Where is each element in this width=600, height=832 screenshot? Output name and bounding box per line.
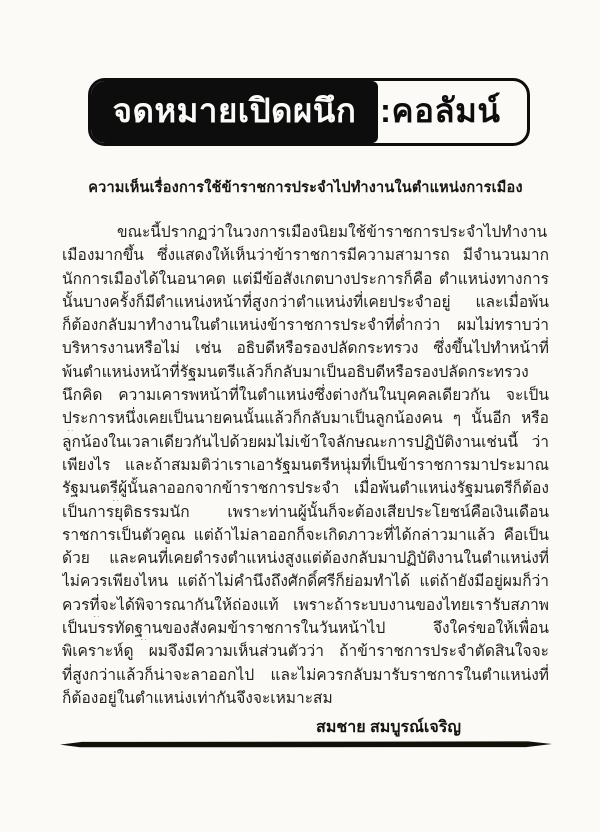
- body-line: นักการเมืองได้ในอนาคต แต่มีข้อสังเกตบางป…: [62, 268, 549, 291]
- author-signature: สมชาย สมบูรณ์เจริญ: [62, 715, 549, 740]
- article-body: ขณะนี้ปรากฏว่าในวงการเมืองนิยมใช้ข้าราชก…: [62, 221, 549, 710]
- body-line: ขณะนี้ปรากฏว่าในวงการเมืองนิยมใช้ข้าราชก…: [62, 221, 549, 244]
- body-line: ด้วย และคนที่เคยดำรงตำแหน่งสูงแต่ต้องกลั…: [62, 547, 549, 570]
- body-line: เพียงไร และถ้าสมมติว่าเราเอารัฐมนตรีหนุ่…: [62, 454, 549, 477]
- body-line: พิเคราะห์ดู ผมจึงมีความเห็นส่วนตัวว่า ถ้…: [62, 640, 549, 663]
- body-line: นั้นบางครั้งก็มีตำแหน่งหน้าที่สูงกว่าตำแ…: [62, 291, 549, 314]
- divider-rule: [60, 741, 552, 748]
- body-line: ก็ต้องอยู่ในตำแหน่งเท่ากันจึงจะเหมาะสม: [62, 687, 549, 710]
- masthead-right-text: :คอลัมน์: [380, 94, 500, 127]
- body-line: ควรที่จะได้พิจารณากันให้ถ่องแท้ เพราะถ้า…: [62, 594, 549, 617]
- body-line: ลูกน้องในเวลาเดียวกันไปด้วยผมไม่เข้าใจลั…: [62, 431, 549, 454]
- masthead-banner: จดหมายเปิดผนึก :คอลัมน์: [88, 78, 530, 146]
- body-line: ราชการเป็นตัวคูณ แต่ถ้าไม่ลาออกก็จะเกิดภ…: [62, 524, 549, 547]
- masthead-left-panel: จดหมายเปิดผนึก: [91, 81, 378, 143]
- body-line: ที่สูงกว่าแล้วก็น่าจะลาออกไป และไม่ควรกล…: [62, 664, 549, 687]
- body-line: บริหารงานหรือไม่ เช่น อธิบดีหรือรองปลัดก…: [62, 337, 549, 360]
- body-line: ก็ต้องกลับมาทำงานในตำแหน่งข้าราชการประจำ…: [62, 314, 549, 337]
- body-line: พ้นตำแหน่งหน้าที่รัฐมนตรีแล้วก็กลับมาเป็…: [62, 361, 549, 384]
- body-line: รัฐมนตรีผู้นั้นลาออกจากข้าราชการประจำ เม…: [62, 477, 549, 500]
- masthead-left-text: จดหมายเปิดผนึก: [113, 94, 357, 127]
- body-line: เป็นการยุติธรรมนัก เพราะท่านผู้นั้นก็จะต…: [62, 501, 549, 524]
- article-subtitle: ความเห็นเรื่องการใช้ข้าราชการประจำไปทำงา…: [62, 176, 549, 199]
- body-line: ประการหนึ่งเคยเป็นนายคนนั้นแล้วก็กลับมาเ…: [62, 407, 549, 430]
- body-line: เป็นบรรทัดฐานของสังคมข้าราชการในวันหน้าไ…: [62, 617, 549, 640]
- body-line: ไม่ควรเพียงไหน แต่ถ้าไม่คำนึงถึงศักดิ์ศร…: [62, 570, 549, 593]
- scanned-article-page: จดหมายเปิดผนึก :คอลัมน์ ความเห็นเรื่องกา…: [0, 0, 600, 832]
- body-line: นึกคิด ความเคารพหน้าที่ในตำแหน่งซึ่งต่าง…: [62, 384, 549, 407]
- body-line: เมืองมากขึ้น ซึ่งแสดงให้เห็นว่าข้าราชการ…: [62, 244, 549, 267]
- masthead-right-panel: :คอลัมน์: [378, 81, 527, 143]
